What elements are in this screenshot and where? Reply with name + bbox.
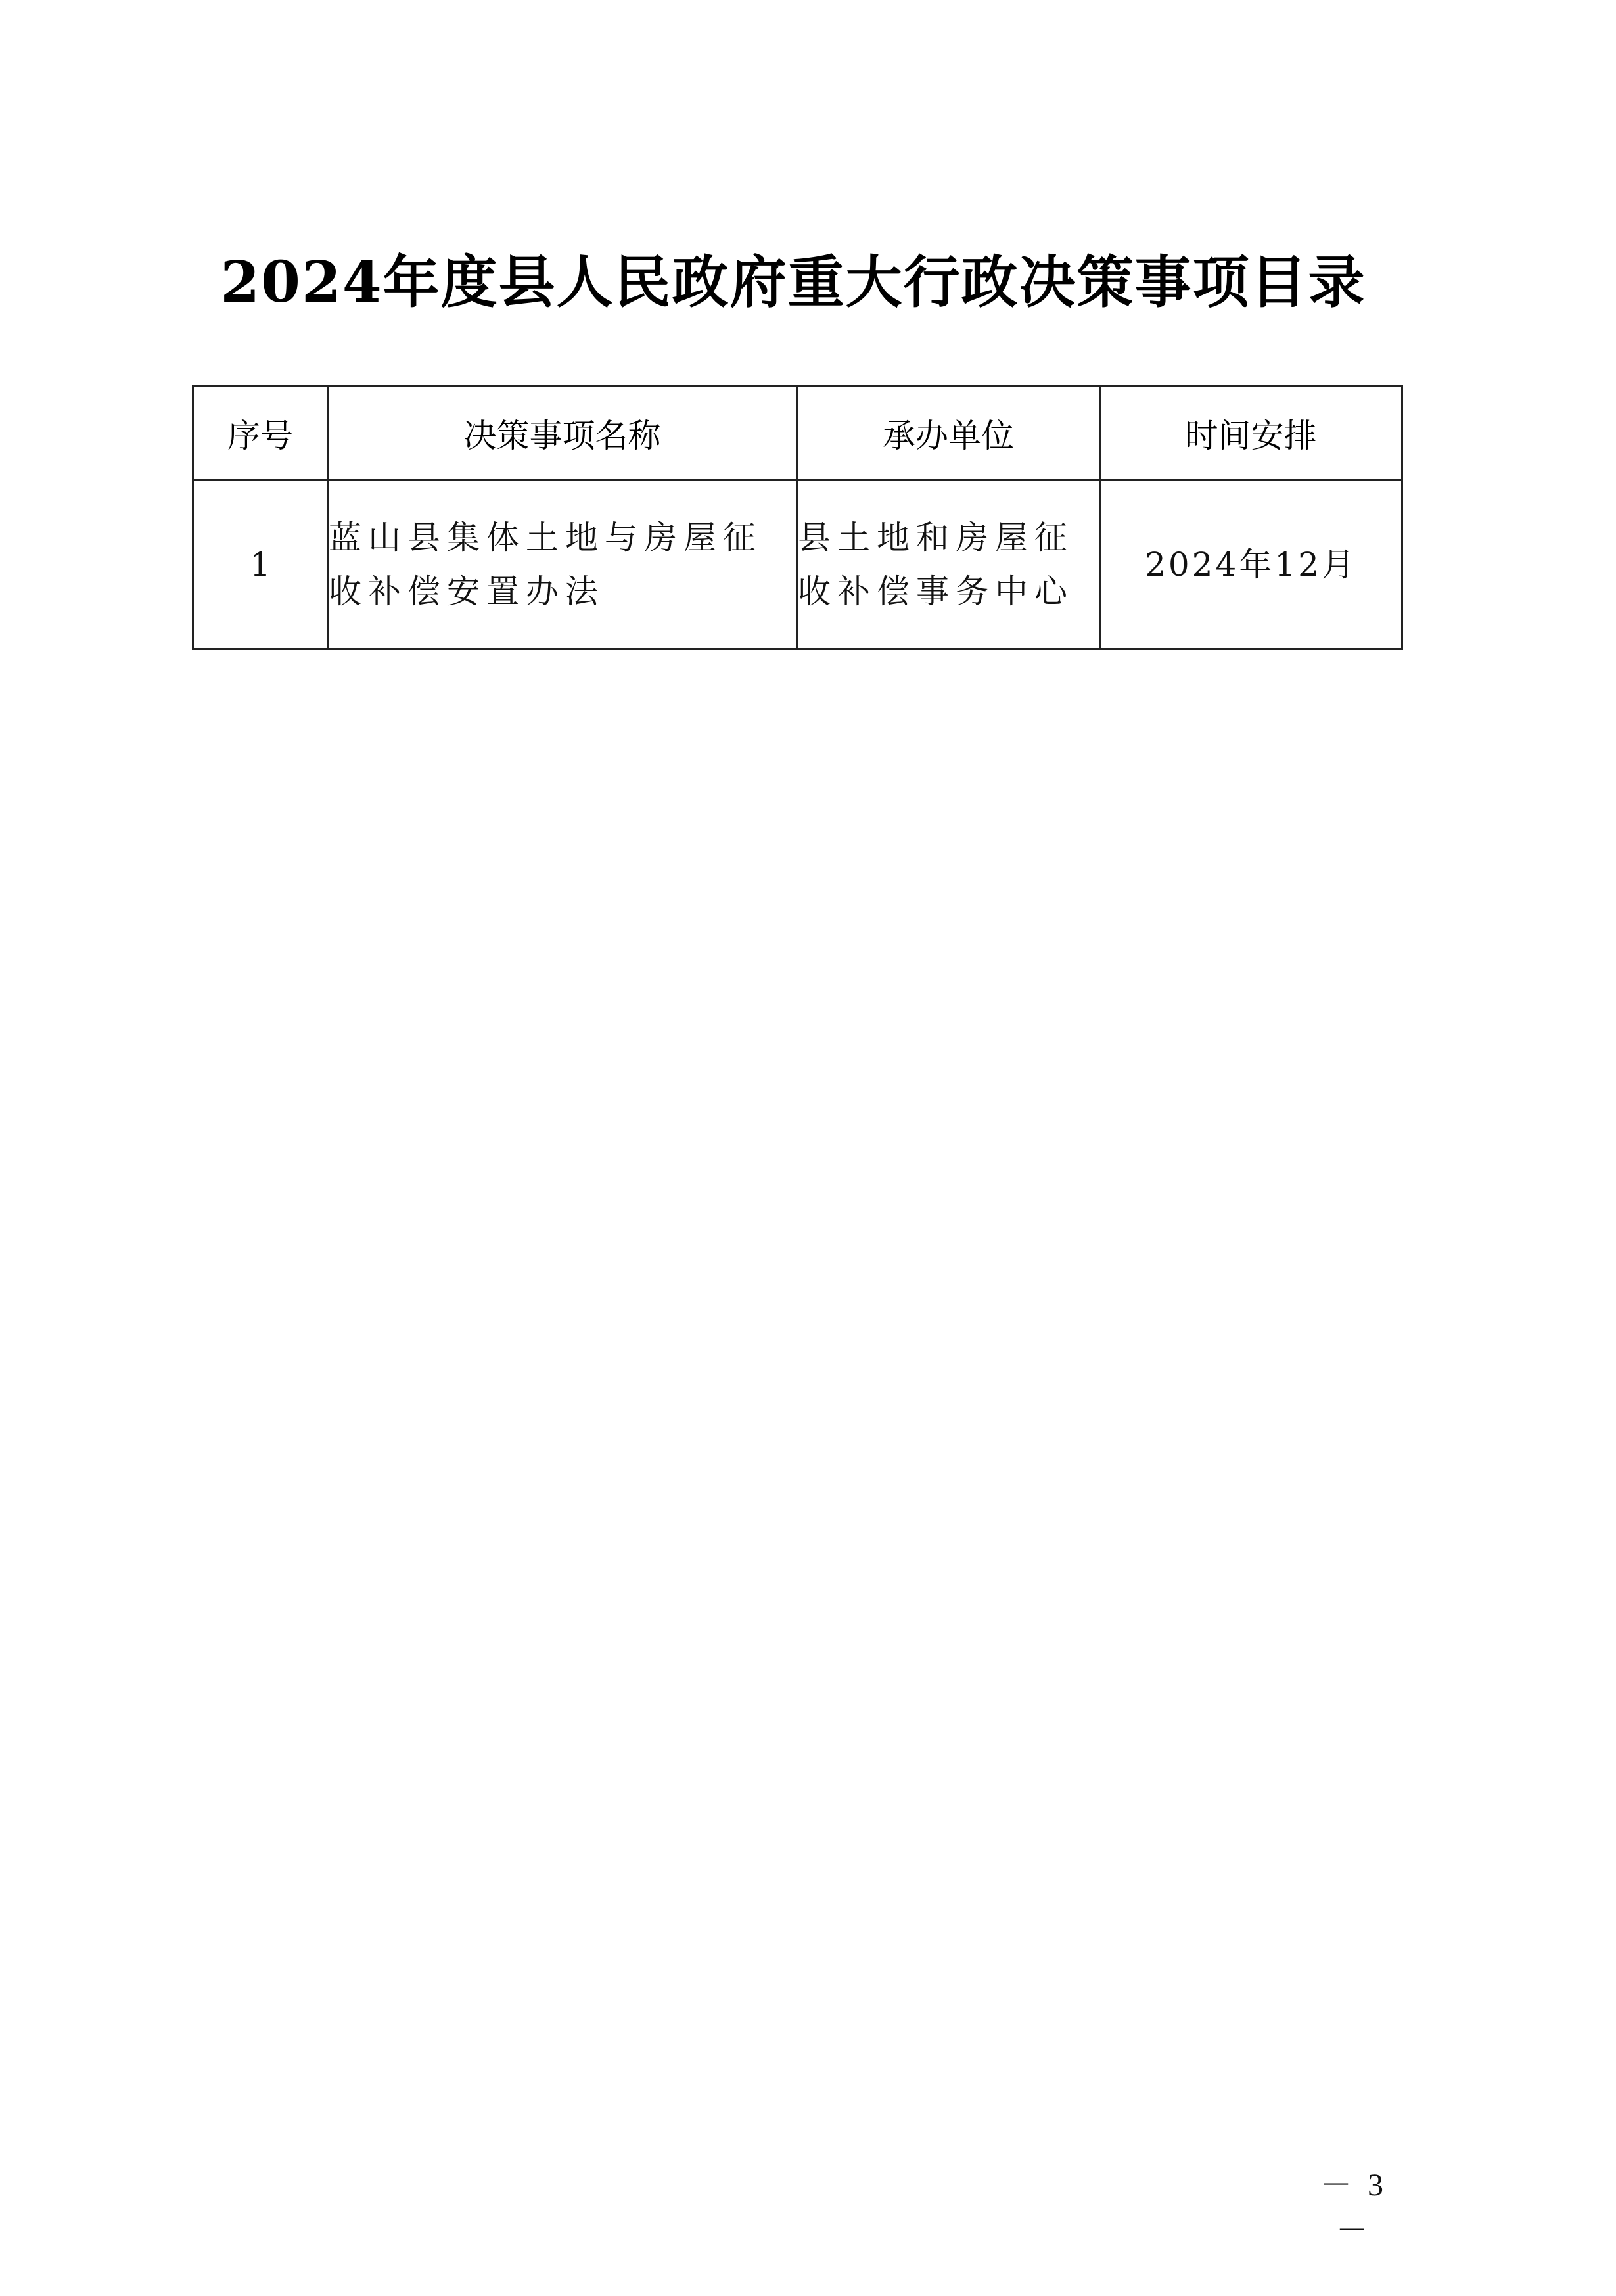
cell-responsible-unit: 县土地和房屋征收补偿事务中心 [797, 480, 1100, 649]
cell-decision-name: 蓝山县集体土地与房屋征收补偿安置办法 [328, 480, 797, 649]
table-row: 1 蓝山县集体土地与房屋征收补偿安置办法 县土地和房屋征收补偿事务中心 2024… [193, 480, 1402, 649]
cell-schedule: 2024年12月 [1100, 480, 1402, 649]
header-decision-name: 决策事项名称 [328, 387, 797, 480]
header-schedule: 时间安排 [1100, 387, 1402, 480]
header-index: 序号 [193, 387, 328, 480]
page-title: 2024年度县人民政府重大行政决策事项目录 [0, 246, 1616, 319]
decision-catalog-table: 序号 决策事项名称 承办单位 时间安排 1 蓝山县集体土地与房屋征收补偿安置办法… [192, 385, 1403, 650]
table-header-row: 序号 决策事项名称 承办单位 时间安排 [193, 387, 1402, 480]
page-number: － 3 － [1298, 2159, 1410, 2250]
cell-index: 1 [193, 480, 328, 649]
header-responsible-unit: 承办单位 [797, 387, 1100, 480]
